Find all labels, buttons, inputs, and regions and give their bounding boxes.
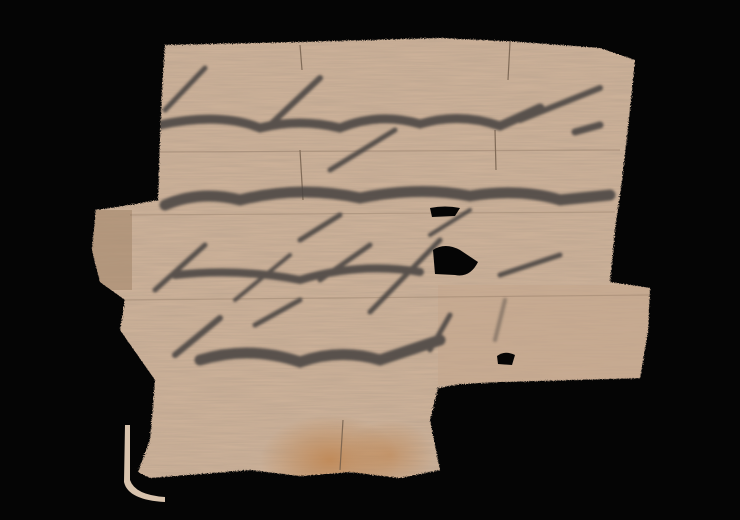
- photo-stage: [0, 0, 740, 520]
- papyrus-photo: [0, 0, 740, 520]
